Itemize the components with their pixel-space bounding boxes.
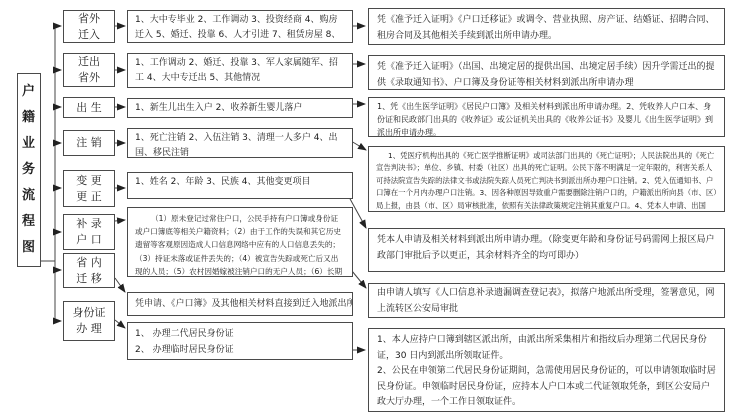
procedure-box-supplementary-registration: 由申请人填写《人口信息补录遗漏调查登记表》，拟落户地派出所受理，签署意见，网上流… xyxy=(368,283,725,318)
diagram-title: 户籍业务流程图 xyxy=(17,73,41,267)
items-box-id-card: 1、 办理二代居民身份证 2、 办理临时居民身份证 xyxy=(127,322,353,360)
category-box-cancellation: 注 销 xyxy=(63,130,115,156)
category-box-inbound-from-other-province: 省外 迁入 xyxy=(63,10,115,43)
category-box-id-card: 身份证 办 理 xyxy=(63,301,115,341)
procedure-box-cancellation: 1、凭医疗机构出具的《死亡医学推断证明》或司法部门出具的《死亡证明》；人民法院出… xyxy=(368,146,725,212)
items-box-supplementary-registration: （1）原未登记过常住户口，公民手持有户口簿或身份证或户口簿底等相关户籍资料；（2… xyxy=(127,207,353,277)
procedure-box-id-card: 1、本人应持户口簿到辖区派出所，由派出所采集相片和指纹后办理第二代居民身份证，3… xyxy=(368,328,725,412)
items-box-outbound-to-other-province: 1、工作调动 2、婚迁、投靠 3、军人家属随军、招工 4、大中专迁出 5、其他情… xyxy=(127,53,353,88)
household-registration-flowchart: 户籍业务流程图 省外 迁入 迁出 省外 出 生 注 销 变 更 更 正 补 录 … xyxy=(0,0,734,415)
items-box-correction: 1、姓名 2、年龄 3、民族 4、其他变更项目 xyxy=(127,172,353,199)
items-box-intra-province-migration: 凭申请、《户口簿》及其他相关材料直接到迁入地派出所按 xyxy=(127,292,353,316)
category-box-correction: 变 更 更 正 xyxy=(63,170,115,207)
procedure-box-inbound-from-other-province: 凭《准予迁入证明》《户口迁移证》或调令、营业执照、房产证、结婚证、招聘合同、租房… xyxy=(368,8,725,45)
category-box-intra-province-migration: 省 内 迁 移 xyxy=(63,253,115,288)
items-box-inbound-from-other-province: 1、大中专毕业 2、工作调动 3、投资经商 4、购房迁入 5、婚迁、投靠 6、人… xyxy=(127,10,353,43)
procedure-box-outbound-to-other-province: 凭《准予迁入证明》（出国、出境定居的提供出国、出境定居手续）因升学需迁出的提供《… xyxy=(368,55,725,90)
items-box-cancellation: 1、死亡注销 2、入伍注销 3、清理一人多户 4、出国、移民注销 xyxy=(127,128,353,158)
category-box-outbound-to-other-province: 迁出 省外 xyxy=(63,53,115,87)
procedure-box-correction: 凭本人申请及相关材料到派出所申请办理。（除变更年龄和身份证号码需网上报区局户政部… xyxy=(368,228,725,272)
procedure-box-birth: 1、凭《出生医学证明》《居民户口簿》及相关材料到派出所申请办理。2、凭收养人户口… xyxy=(368,97,725,137)
items-box-birth: 1、新生儿出生入户 2、收养新生婴儿落户 xyxy=(127,98,353,118)
category-box-supplementary-registration: 补 录 户 口 xyxy=(63,214,115,250)
category-box-birth: 出 生 xyxy=(63,97,115,118)
